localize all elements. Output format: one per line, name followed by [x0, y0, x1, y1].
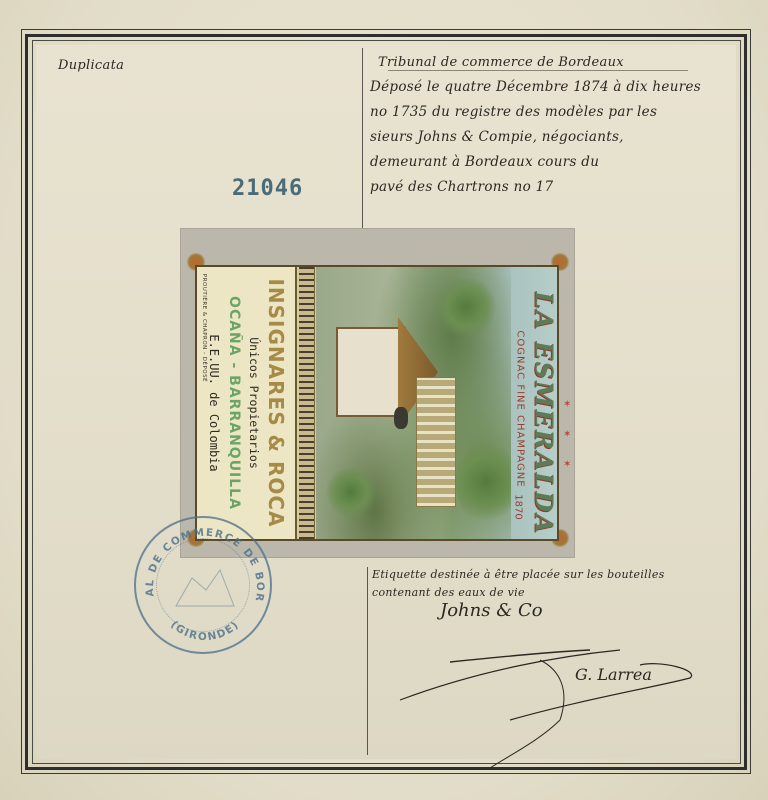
registry-line: sieurs Johns & Compie, négociants,: [370, 125, 735, 150]
city-name: OCAÑA - BARRANQUILLA: [226, 296, 242, 510]
signature-flourishes: G. Larrea: [360, 590, 740, 770]
importer-panel: INSIGNARES & ROCA Únicos Propietarios OC…: [197, 267, 297, 539]
title-panel: LA ESMERALDA COGNAC FINE CHAMPAGNE 1870: [511, 267, 557, 539]
registry-line: demeurant à Bordeaux cours du: [370, 150, 735, 175]
product-name: LA ESMERALDA: [530, 291, 559, 534]
printer-credit: PROUTIÈRE & CHAPRON - DÉPOSÉ: [201, 274, 207, 382]
tribunal-seal: TRIBUNAL DE COMMERCE DE BORDEAUX (GIROND…: [134, 516, 272, 654]
brand-subtitle: Únicos Propietarios: [247, 337, 261, 469]
fence-icon: [416, 377, 456, 507]
registry-line: Déposé le quatre Décembre 1874 à dix heu…: [370, 75, 735, 100]
tropical-scene-illustration: [316, 267, 511, 539]
registry-line: no 1735 du registre des modèles par les: [370, 100, 735, 125]
animal-icon: [394, 407, 408, 429]
column-divider-top: [362, 48, 363, 228]
brand-name: INSIGNARES & ROCA: [264, 278, 288, 527]
palm-tree-icon: [436, 277, 496, 337]
registry-header: Tribunal de commerce de Bordeaux: [370, 50, 735, 75]
duplicate-mark: Duplicata: [58, 58, 124, 73]
svg-text:G. Larrea: G. Larrea: [575, 665, 652, 684]
star-icon: ✶: [563, 459, 571, 470]
cognac-label: INSIGNARES & ROCA Únicos Propietarios OC…: [180, 228, 575, 558]
registry-entry: Tribunal de commerce de Bordeaux Déposé …: [370, 50, 735, 200]
svg-text:TRIBUNAL DE COMMERCE DE BORDEA: TRIBUNAL DE COMMERCE DE BORDEAUX: [136, 518, 266, 604]
note-line: Etiquette destinée à être placée sur les…: [372, 566, 665, 584]
hut-icon: [336, 327, 406, 417]
registry-line: pavé des Chartrons no 17: [370, 175, 735, 200]
product-type: COGNAC FINE CHAMPAGNE: [515, 330, 526, 487]
ornamental-border: [299, 267, 315, 539]
country-name: E.E.UU. de Colombia: [207, 334, 221, 471]
seal-text-ring: TRIBUNAL DE COMMERCE DE BORDEAUX (GIROND…: [136, 518, 274, 656]
star-icon: ✶: [563, 399, 571, 410]
label-frame: INSIGNARES & ROCA Únicos Propietarios OC…: [195, 265, 559, 541]
palm-tree-icon: [456, 437, 516, 527]
vintage-year: 1870: [513, 494, 524, 519]
star-icon: ✶: [563, 429, 571, 440]
palm-tree-icon: [326, 467, 376, 517]
svg-text:(GIRONDE): (GIRONDE): [168, 619, 242, 644]
registration-number-stamp: 21046: [232, 176, 303, 201]
